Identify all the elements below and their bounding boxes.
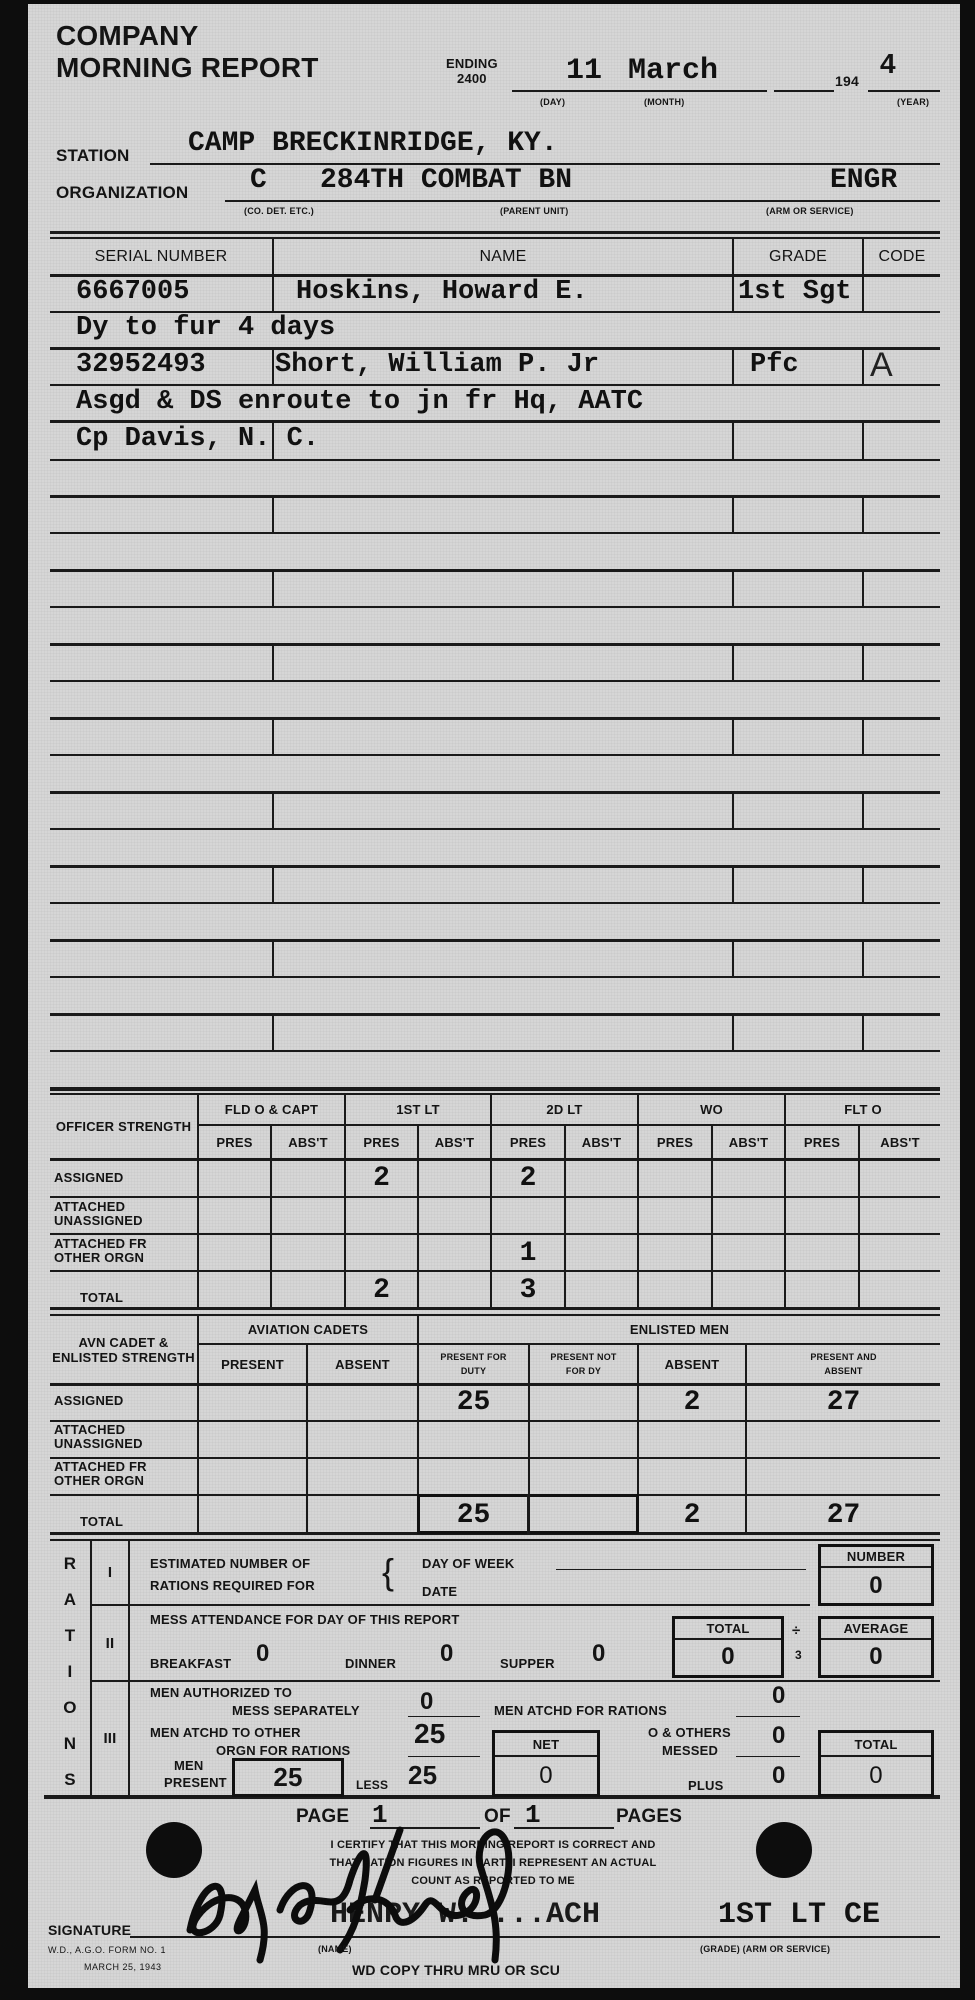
entry-1-remark[interactable]: Dy to fur 4 days (76, 313, 335, 343)
mess-total-label: TOTAL (675, 1619, 781, 1638)
col-divider (272, 941, 274, 977)
col-em-present-not-for-dy: PRESENT NOT FOR DY (530, 1345, 637, 1383)
org-caption-parent: (PARENT UNIT) (500, 206, 568, 216)
col-header-grade: GRADE (734, 239, 862, 275)
breakfast-value[interactable]: 0 (256, 1640, 270, 1668)
em-assigned-present-and-absent[interactable]: 27 (747, 1385, 940, 1420)
year-caption: (YEAR) (897, 97, 929, 107)
rations-divider (128, 1541, 130, 1796)
title-line-2: MORNING REPORT (56, 52, 319, 84)
day-caption: (DAY) (540, 97, 565, 107)
sub-pres: PRES (492, 1126, 564, 1158)
sub-pres: PRES (786, 1126, 858, 1158)
part-1-label-2: RATIONS REQUIRED FOR (150, 1578, 315, 1593)
group-enlisted-men: ENLISTED MEN (419, 1316, 940, 1343)
col-divider (732, 719, 734, 755)
report-day[interactable]: 11 (566, 54, 602, 88)
officer-group-fld-o-capt: FLD O & CAPT (199, 1095, 344, 1124)
col-divider (732, 497, 734, 533)
col-em-absent: ABSENT (639, 1345, 745, 1383)
entry-1-name[interactable]: Hoskins, Howard E. (296, 277, 588, 307)
org-parent-unit[interactable]: 284TH COMBAT BN (320, 165, 572, 196)
men-present-label-2: PRESENT (164, 1775, 227, 1790)
copy-note: WD COPY THRU MRU OR SCU (352, 1962, 560, 1978)
col-divider (732, 276, 734, 312)
men-present-label-1: MEN (174, 1758, 204, 1773)
row-rule (50, 384, 940, 386)
col-divider (732, 239, 734, 275)
col-divider (732, 867, 734, 903)
atchd-rations-label: MEN ATCHD FOR RATIONS (494, 1703, 667, 1718)
row-rule (50, 902, 940, 904)
col-cadets-present: PRESENT (199, 1345, 306, 1383)
col-divider (197, 1316, 199, 1534)
col-divider (272, 571, 274, 607)
others-label-1: O & OTHERS (648, 1725, 731, 1740)
officer-total-1st-lt-pres[interactable]: 2 (346, 1272, 417, 1308)
row-rule (50, 1050, 940, 1052)
rations-part-rule (90, 1604, 810, 1606)
atchd-rations-underline (736, 1716, 800, 1717)
col-em-present-and-absent: PRESENT AND ABSENT (747, 1345, 940, 1383)
officer-attached-fr-2d-lt-pres[interactable]: 1 (492, 1235, 564, 1271)
others-underline (736, 1756, 800, 1757)
enlisted-row-attached-unassigned: ATTACHED UNASSIGNED (54, 1423, 194, 1451)
name-caption: (NAME) (318, 1944, 352, 1954)
col-divider (272, 349, 274, 385)
less-value[interactable]: 25 (408, 1760, 437, 1791)
col-divider (862, 571, 864, 607)
rations-total-label: TOTAL (821, 1733, 931, 1755)
enlisted-row-rule (50, 1420, 940, 1422)
others-label-2: MESSED (662, 1743, 718, 1758)
net-label: NET (495, 1733, 597, 1755)
average-label: AVERAGE (821, 1619, 931, 1638)
atchd-other-label-1: MEN ATCHD TO OTHER (150, 1725, 301, 1740)
entry-2-grade[interactable]: Pfc (750, 350, 799, 380)
net-value[interactable]: 0 (495, 1757, 597, 1795)
rations-total-value[interactable]: 0 (821, 1757, 931, 1795)
roster-bottom-rule (50, 1087, 940, 1091)
col-divider (732, 793, 734, 829)
grade-caption: (GRADE) (ARM OR SERVICE) (700, 1944, 830, 1954)
officer-group-1st-lt: 1ST LT (346, 1095, 490, 1124)
part-3-numeral: III (92, 1682, 128, 1795)
row-rule (50, 606, 940, 608)
em-assigned-absent[interactable]: 2 (639, 1385, 745, 1420)
group-aviation-cadets: AVIATION CADETS (199, 1316, 417, 1343)
atchd-other-value[interactable]: 25 (414, 1718, 446, 1750)
roster-top-rule (50, 231, 940, 234)
col-divider (197, 1095, 199, 1308)
col-divider (862, 941, 864, 977)
date-underline (512, 90, 767, 92)
side-letter: R (58, 1546, 82, 1582)
men-present-value[interactable]: 25 (235, 1760, 341, 1795)
rations-top-rule (50, 1539, 940, 1541)
station-label: STATION (56, 146, 129, 166)
col-divider (862, 1015, 864, 1051)
col-divider (732, 571, 734, 607)
col-divider (272, 867, 274, 903)
col-divider (858, 1126, 860, 1308)
rations-part-rule (90, 1680, 940, 1682)
sub-pres: PRES (199, 1126, 270, 1158)
col-divider (272, 793, 274, 829)
row-rule (50, 532, 940, 534)
part-2-numeral: II (92, 1606, 128, 1680)
atchd-rations-value[interactable]: 0 (772, 1682, 786, 1710)
row-rule (50, 828, 940, 830)
col-divider (272, 497, 274, 533)
breakfast-label: BREAKFAST (150, 1656, 231, 1671)
row-rule (50, 976, 940, 978)
col-divider (270, 1126, 272, 1308)
em-assigned-present-for-duty[interactable]: 25 (419, 1385, 528, 1420)
em-total-present-for-duty[interactable]: 25 (419, 1496, 528, 1534)
row-rule (50, 495, 940, 498)
col-divider (417, 1126, 419, 1308)
others-value[interactable]: 0 (772, 1722, 786, 1750)
col-divider (862, 423, 864, 460)
form-id-line-1: W.D., A.G.O. FORM NO. 1 (48, 1945, 166, 1955)
col-divider (272, 276, 274, 312)
col-divider (564, 1126, 566, 1308)
col-header-code: CODE (864, 239, 940, 275)
col-header-name: NAME (274, 239, 732, 275)
officer-group-flt-o: FLT O (786, 1095, 940, 1124)
sub-pres: PRES (639, 1126, 711, 1158)
supper-label: SUPPER (500, 1656, 555, 1671)
day-of-week-label: DAY OF WEEK (422, 1556, 515, 1571)
em-total-present-and-absent[interactable]: 27 (747, 1496, 940, 1534)
atchd-other-underline (408, 1756, 480, 1757)
dinner-label: DINNER (345, 1656, 396, 1671)
row-rule (50, 939, 940, 942)
number-label: NUMBER (821, 1547, 931, 1566)
col-divider (732, 941, 734, 977)
title-line-1: COMPANY (56, 20, 319, 52)
sub-pres: PRES (346, 1126, 417, 1158)
officer-row-assigned: ASSIGNED (54, 1170, 124, 1185)
col-divider (306, 1345, 308, 1534)
officer-row-rule (50, 1196, 940, 1198)
em-total-absent[interactable]: 2 (639, 1496, 745, 1534)
mess-sep-label-1: MEN AUTHORIZED TO (150, 1685, 292, 1700)
ending-label-2: 2400 (446, 71, 498, 86)
report-year-digit[interactable]: 4 (880, 48, 896, 80)
entry-2-remark[interactable]: Asgd & DS enroute to jn fr Hq, AATC (76, 387, 643, 417)
row-rule (50, 865, 940, 868)
row-rule (50, 717, 940, 720)
sub-abst: ABS'T (713, 1126, 784, 1158)
mess-attendance-title: MESS ATTENDANCE FOR DAY OF THIS REPORT (150, 1612, 460, 1627)
side-letter: I (58, 1654, 82, 1690)
entry-2-serial[interactable]: 32952493 (76, 350, 206, 380)
row-rule (50, 459, 940, 461)
row-rule (50, 420, 940, 423)
col-divider (862, 349, 864, 385)
signature-label: SIGNATURE (48, 1922, 131, 1938)
report-month[interactable]: March (628, 54, 718, 88)
divide-by-value: 3 (795, 1648, 802, 1662)
entry-1-serial[interactable]: 6667005 (76, 277, 189, 307)
col-divider (732, 1015, 734, 1051)
year-prefix: 194 (835, 73, 859, 89)
atchd-other-label-2: ORGN FOR RATIONS (216, 1743, 350, 1758)
organization-label: ORGANIZATION (56, 183, 188, 203)
col-divider (272, 719, 274, 755)
sub-abst: ABS'T (272, 1126, 344, 1158)
entry-2-code[interactable]: A (870, 346, 893, 385)
side-letter: A (58, 1582, 82, 1618)
sub-abst: ABS'T (419, 1126, 490, 1158)
col-divider (862, 719, 864, 755)
enlisted-strength-title: AVN CADET & ENLISTED STRENGTH (50, 1316, 197, 1383)
entry-2-remark-2[interactable]: Cp Davis, N. C. (76, 424, 319, 454)
officer-row-attached-fr: ATTACHED FR OTHER ORGN (54, 1237, 194, 1265)
form-id-line-2: MARCH 25, 1943 (84, 1962, 162, 1972)
col-divider (862, 276, 864, 312)
average-value[interactable]: 0 (821, 1640, 931, 1674)
sub-abst: ABS'T (566, 1126, 637, 1158)
officer-strength-title: OFFICER STRENGTH (50, 1095, 197, 1158)
side-letter: T (58, 1618, 82, 1654)
col-divider (732, 645, 734, 681)
brace-icon: { (382, 1550, 394, 1594)
ending-label-1: ENDING (446, 56, 498, 71)
number-value[interactable]: 0 (821, 1568, 931, 1603)
form-title: COMPANY MORNING REPORT (56, 20, 319, 84)
officer-assigned-1st-lt-pres[interactable]: 2 (346, 1160, 417, 1196)
col-em-present-for-duty: PRESENT FOR DUTY (419, 1345, 528, 1383)
organization-underline (225, 200, 940, 202)
enlisted-row-attached-fr: ATTACHED FR OTHER ORGN (54, 1460, 194, 1488)
col-divider (711, 1126, 713, 1308)
handwritten-signature-icon[interactable] (170, 1820, 670, 1970)
org-caption-arm: (ARM OR SERVICE) (766, 206, 854, 216)
officer-group-2d-lt: 2D LT (492, 1095, 637, 1124)
col-divider (272, 645, 274, 681)
officer-assigned-2d-lt-pres[interactable]: 2 (492, 1160, 564, 1196)
officer-total-2d-lt-pres[interactable]: 3 (492, 1272, 564, 1308)
officer-row-total: TOTAL (80, 1290, 123, 1305)
less-label: LESS (356, 1778, 388, 1792)
col-cadets-absent: ABSENT (308, 1345, 417, 1383)
row-rule (50, 754, 940, 756)
col-header-serial: SERIAL NUMBER (50, 239, 272, 275)
month-caption: (MONTH) (644, 97, 684, 107)
col-divider (862, 793, 864, 829)
ending-label: ENDING 2400 (446, 56, 498, 86)
dinner-value[interactable]: 0 (440, 1640, 454, 1668)
station-value[interactable]: CAMP BRECKINRIDGE, KY. (188, 128, 558, 159)
date-underline-2 (774, 90, 834, 92)
divide-icon: ÷ (792, 1622, 800, 1639)
col-divider (862, 645, 864, 681)
plus-value[interactable]: 0 (772, 1762, 786, 1790)
org-company[interactable]: C (250, 165, 267, 196)
mess-sep-value[interactable]: 0 (420, 1688, 434, 1716)
col-divider (272, 1015, 274, 1051)
col-divider (732, 423, 734, 460)
enlisted-row-total: TOTAL (80, 1514, 123, 1529)
year-underline (868, 90, 940, 92)
side-letter: N (58, 1726, 82, 1762)
day-of-week-underline (556, 1569, 806, 1570)
part-1-numeral: I (92, 1541, 128, 1604)
part-1-label-1: ESTIMATED NUMBER OF (150, 1556, 310, 1571)
col-divider (732, 349, 734, 385)
mess-sep-underline (408, 1716, 480, 1717)
col-divider (862, 497, 864, 533)
row-rule (50, 791, 940, 794)
officer-row-attached-unassigned: ATTACHED UNASSIGNED (54, 1200, 194, 1228)
supper-value[interactable]: 0 (592, 1640, 606, 1668)
col-divider (862, 239, 864, 275)
date-label: DATE (422, 1584, 457, 1599)
col-divider (637, 1095, 639, 1308)
org-caption-co: (CO. DET. ETC.) (244, 206, 314, 216)
row-rule (50, 643, 940, 646)
row-rule (50, 569, 940, 572)
officer-group-wo: WO (639, 1095, 784, 1124)
entry-1-grade[interactable]: 1st Sgt (738, 277, 851, 307)
enlisted-row-rule (50, 1457, 940, 1459)
mess-sep-label-2: MESS SEPARATELY (232, 1703, 360, 1718)
row-rule (50, 680, 940, 682)
plus-label: PLUS (688, 1778, 723, 1793)
enlisted-row-assigned: ASSIGNED (54, 1393, 124, 1408)
col-divider (272, 239, 274, 275)
col-divider (862, 867, 864, 903)
org-arm-service[interactable]: ENGR (830, 165, 897, 196)
rations-side-label: R A T I O N S (58, 1546, 82, 1798)
entry-2-name[interactable]: Short, William P. Jr (275, 350, 599, 380)
mess-total-value[interactable]: 0 (675, 1640, 781, 1674)
col-divider (784, 1095, 786, 1308)
side-letter: O (58, 1690, 82, 1726)
officer-grade-service[interactable]: 1ST LT CE (718, 1898, 880, 1932)
sub-abst: ABS'T (860, 1126, 940, 1158)
row-rule (50, 1013, 940, 1016)
side-letter: S (58, 1762, 82, 1798)
